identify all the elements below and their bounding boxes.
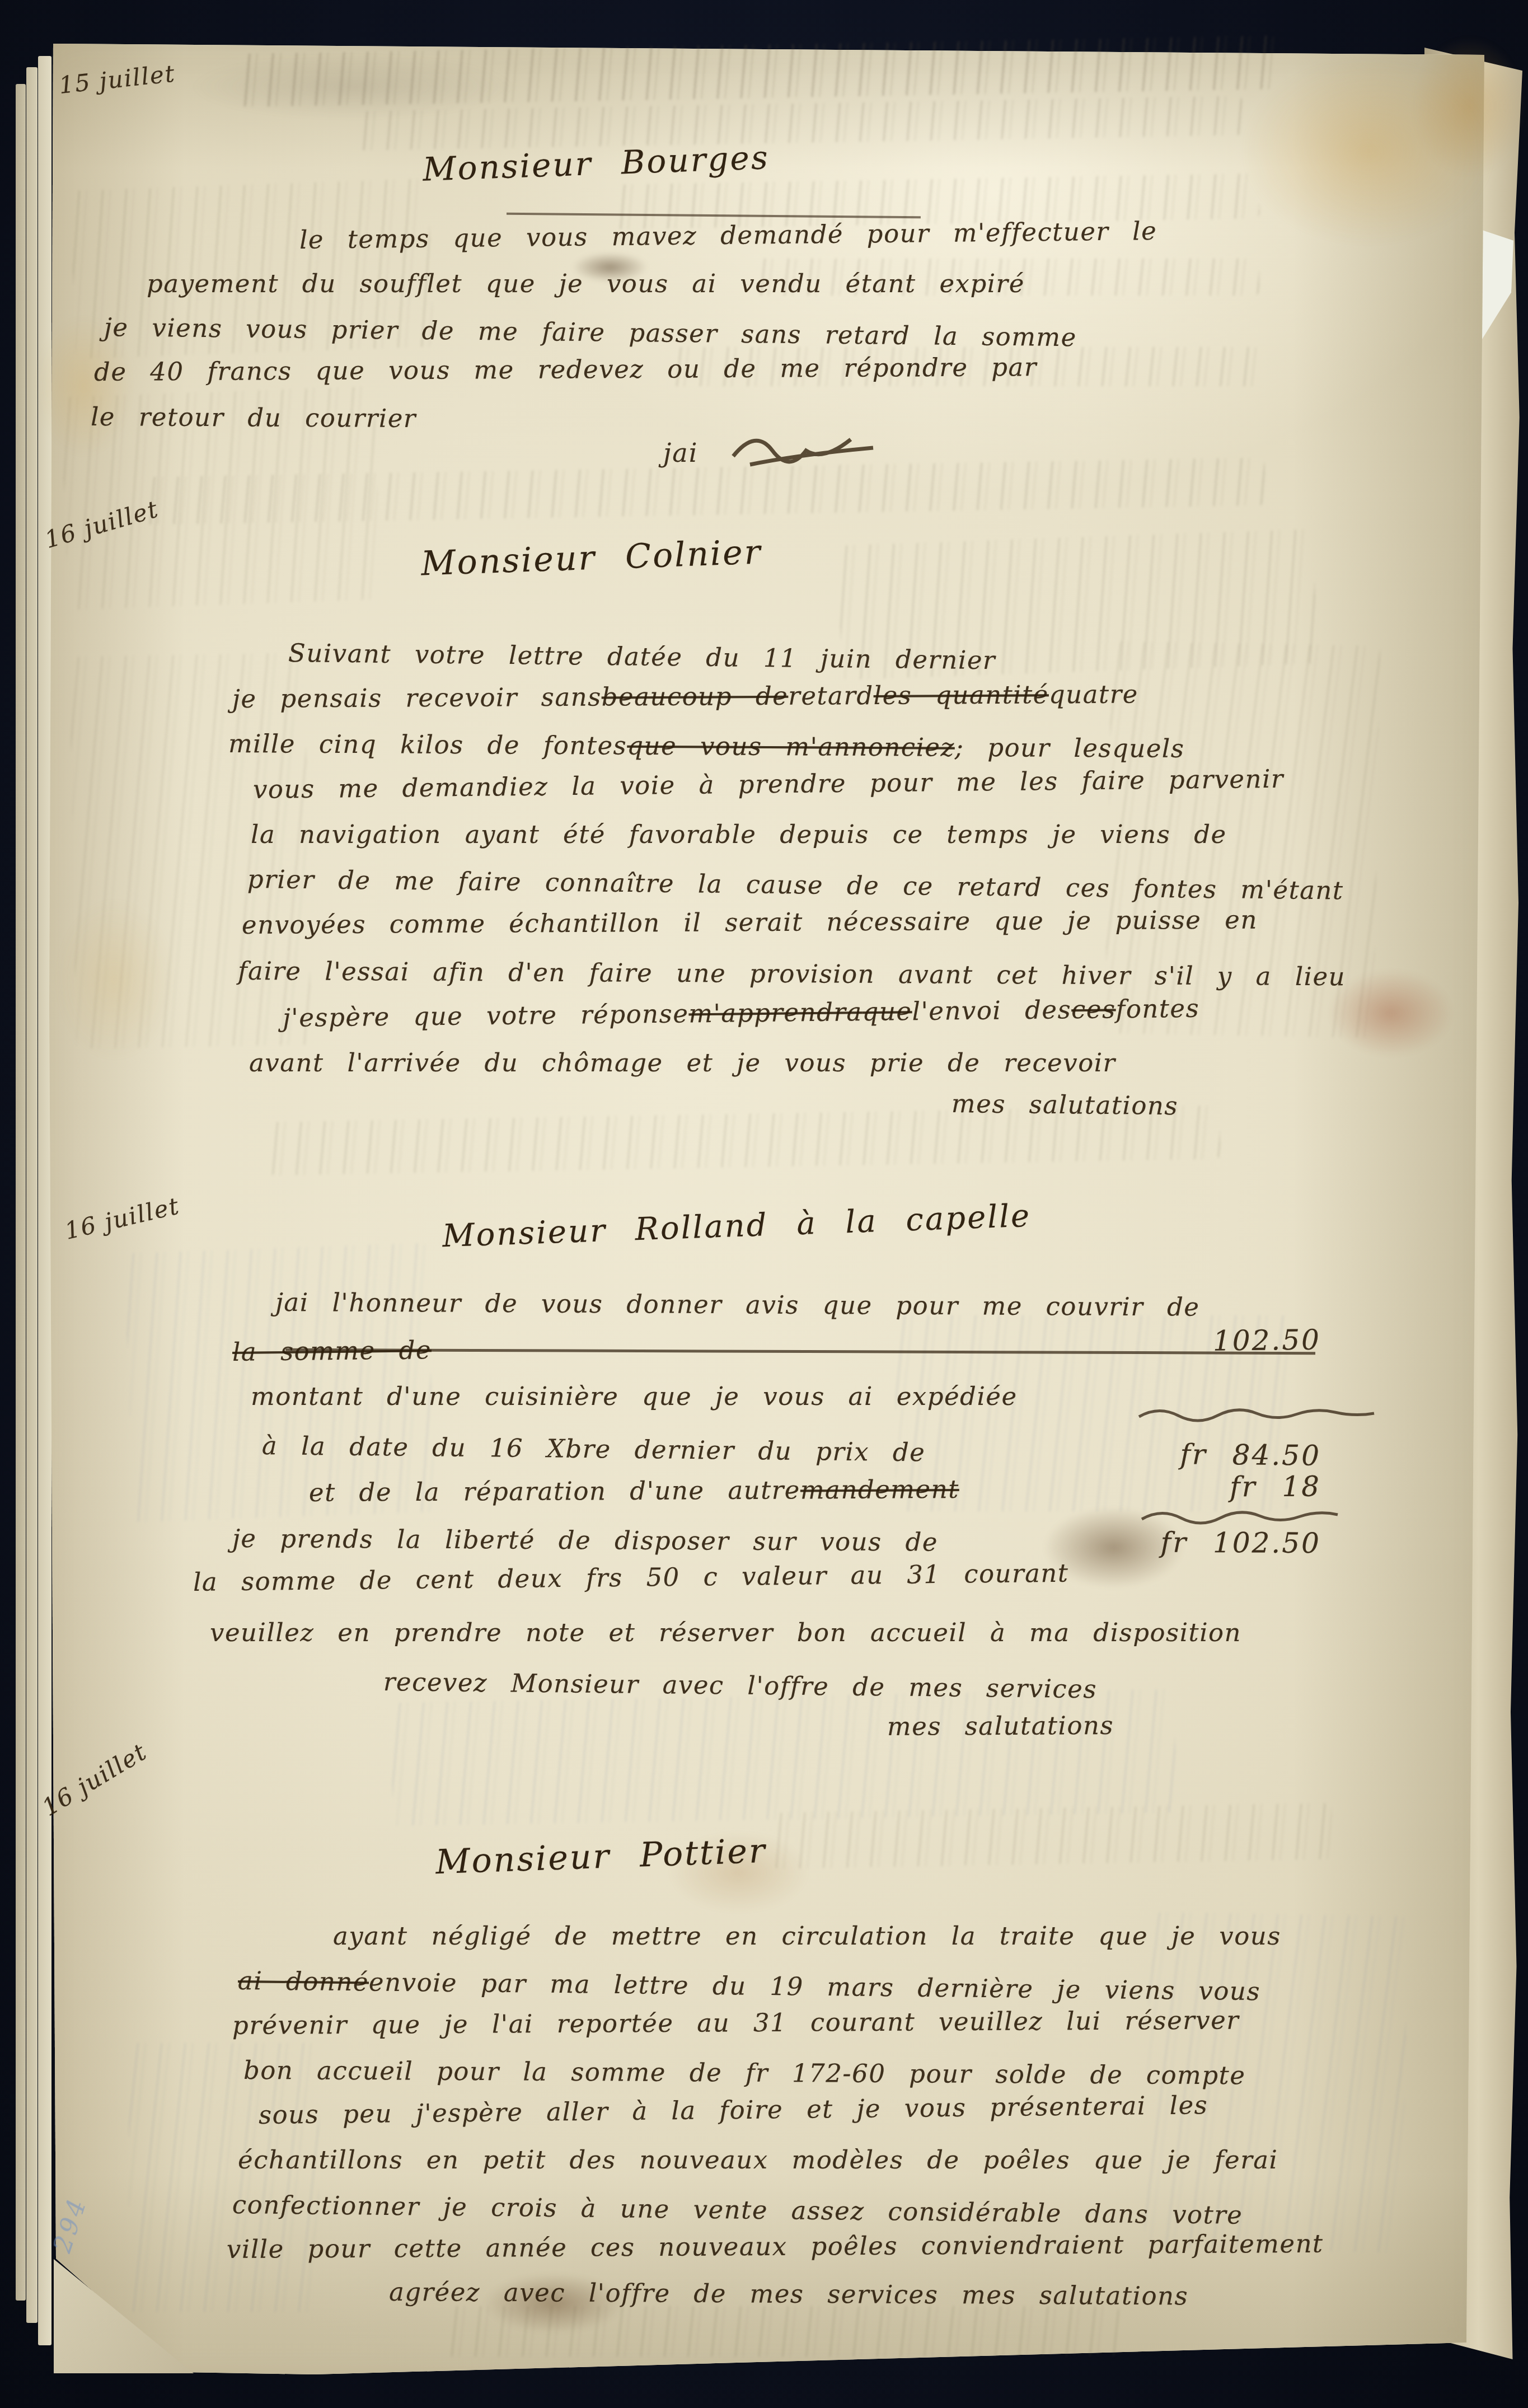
letter-line: la navigation ayant été favorable depuis… (251, 819, 1227, 849)
line-text: l'envoi des (912, 995, 1071, 1026)
line-text: j'espère que votre réponse (283, 999, 689, 1033)
letter-line: mes salutations (952, 1089, 1179, 1121)
line-text: je pensais recevoir sans (232, 682, 602, 714)
line-text: agréez avec l'offre de mes services mes … (389, 2277, 1188, 2311)
letter-line: envoyées comme échantillon il serait néc… (242, 905, 1258, 940)
line-text: faire l'essai afin d'en faire une provis… (238, 956, 1346, 991)
letter-line: prévenir que je l'ai reportée au 31 cour… (232, 2006, 1240, 2040)
line-text: à la date du 16 Xbre dernier du prix de (262, 1431, 926, 1467)
line-text: mes salutations (952, 1089, 1179, 1121)
sheet-edge (26, 67, 38, 2323)
letter-line: jai l'honneur de vous donner avis que po… (275, 1287, 1200, 1322)
line-text: la navigation ayant été favorable depuis… (251, 819, 1227, 849)
line-text: et de la réparation d'une autre (309, 1475, 800, 1507)
letter-line: mes salutations (887, 1711, 1114, 1741)
line-text: mille cinq kilos de fontes (228, 729, 627, 761)
line-text: de 40 francs que vous me redevez ou de m… (94, 352, 1037, 387)
letter-line: faire l'essai afin d'en faire une provis… (238, 956, 1346, 991)
letter-line: mille cinq kilos de fontes que vous m'an… (228, 729, 1185, 763)
letter-line: payement du soufflet que je vous ai vend… (147, 269, 1025, 298)
line-text: envoyées comme échantillon il serait néc… (242, 905, 1258, 940)
letter-line: échantillons en petit des nouveaux modèl… (238, 2145, 1278, 2175)
letter-line: le retour du courrier (91, 402, 416, 433)
line-text: payement du soufflet que je vous ai vend… (147, 269, 1025, 298)
amount-value: fr 18 (1230, 1470, 1321, 1503)
letter-line: et de la réparation d'une autre mandemen… (309, 1470, 1321, 1508)
sheet-edge (16, 84, 26, 2301)
struck-words: les quantité (874, 680, 1049, 710)
amount-value: 102.50 (1213, 1324, 1321, 1357)
struck-words: ai donné (238, 1966, 369, 1997)
struck-words: que vous m'annonciez (627, 731, 955, 762)
struck-words: que (862, 996, 912, 1027)
struck-words: m'apprendra (688, 997, 863, 1028)
line-text: veuillez en prendre note et réserver bon… (210, 1618, 1241, 1647)
letter-line: agréez avec l'offre de mes services mes … (389, 2277, 1188, 2311)
line-text: montant d'une cuisinière que je vous ai … (251, 1381, 1018, 1411)
letter-line: je prends la liberté de disposer sur vou… (232, 1521, 1321, 1559)
amount-value: fr 84.50 (1180, 1438, 1321, 1472)
letter-line: bon accueil pour la somme de fr 172-60 p… (243, 2055, 1246, 2090)
line-text: retard (788, 681, 874, 711)
letter-line: de 40 francs que vous me redevez ou de m… (94, 352, 1037, 387)
manuscript-scan: 15 juilletMonsieur Bourgesle temps que v… (0, 0, 1528, 2408)
line-text: ayant négligé de mettre en circulation l… (333, 1921, 1281, 1951)
letter-line: avant l'arrivée du chômage et je vous pr… (249, 1048, 1116, 1077)
line-text: le retour du courrier (91, 402, 416, 433)
letter-line: veuillez en prendre note et réserver bon… (210, 1618, 1241, 1647)
line-text: échantillons en petit des nouveaux modèl… (238, 2145, 1278, 2175)
sheet-edge (38, 56, 51, 2345)
letter-line: montant d'une cuisinière que je vous ai … (251, 1381, 1018, 1411)
line-text: mes salutations (887, 1711, 1114, 1741)
letter-closing: jai (663, 438, 698, 468)
line-text: prévenir que je l'ai reportée au 31 cour… (232, 2006, 1240, 2040)
letter-line: ayant négligé de mettre en circulation l… (333, 1921, 1281, 1951)
line-text: avant l'arrivée du chômage et je vous pr… (249, 1048, 1116, 1077)
struck-words: mandement (800, 1474, 959, 1505)
amount-value: fr 102.50 (1161, 1526, 1321, 1559)
letter-line: je pensais recevoir sans beaucoup de ret… (232, 680, 1138, 714)
struck-words: beaucoup de (602, 681, 789, 712)
line-text: ; pour lesquels (955, 733, 1185, 763)
struck-words: la somme de (232, 1335, 432, 1367)
line-text: jai l'honneur de vous donner avis que po… (275, 1287, 1200, 1322)
line-text: ville pour cette année ces nouveaux poêl… (227, 2229, 1324, 2264)
line-text: quatre (1049, 680, 1138, 710)
line-text: fontes (1115, 994, 1199, 1024)
line-text: je prends la liberté de disposer sur vou… (232, 1524, 938, 1557)
struck-words: ces (1071, 994, 1116, 1024)
letter-line: ville pour cette année ces nouveaux poêl… (227, 2229, 1324, 2264)
line-text: bon accueil pour la somme de fr 172-60 p… (243, 2055, 1246, 2090)
